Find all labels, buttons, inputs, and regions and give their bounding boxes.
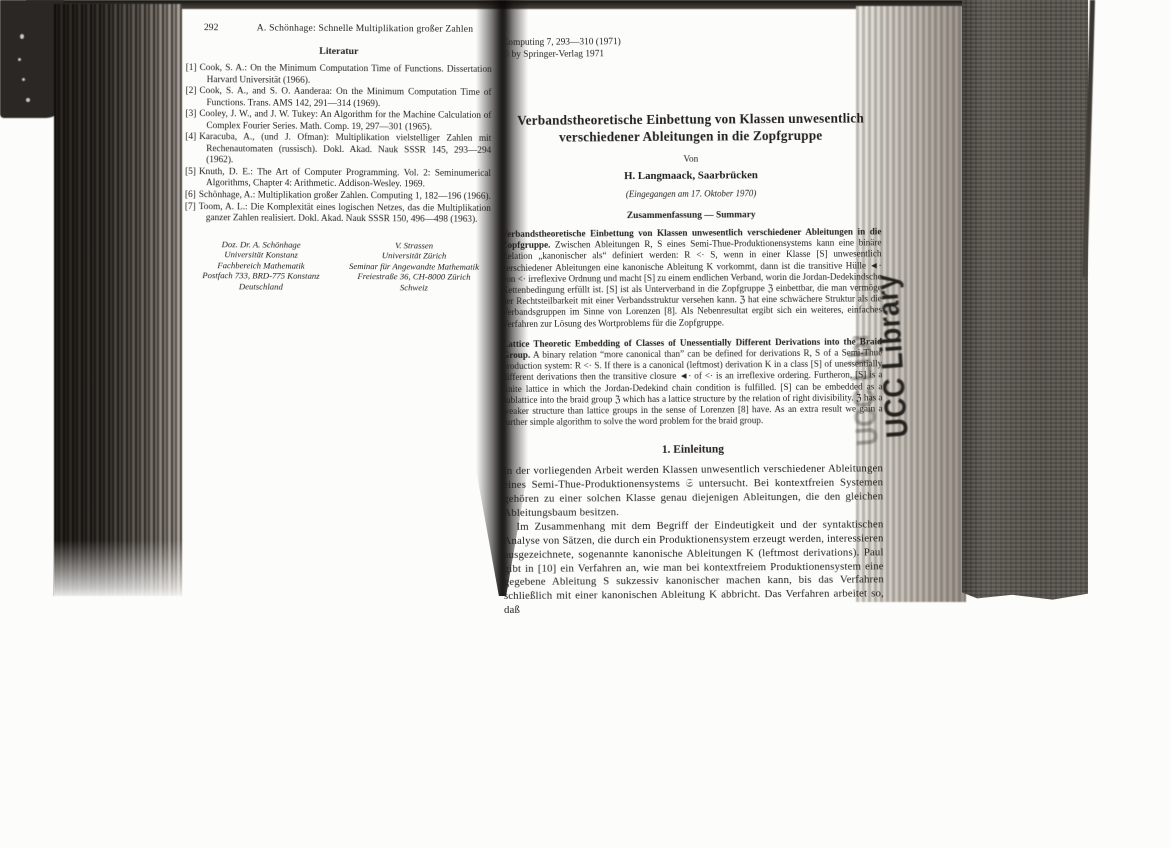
reference-entry: [3]Cooley, J. W., and J. W. Tukey: An Al… <box>185 109 491 134</box>
scan-speck <box>22 78 25 81</box>
abstract-german: Verbandstheoretische Einbettung von Klas… <box>501 226 882 329</box>
reference-entry: [4]Karacuba, A., (und J. Ofman): Multipl… <box>185 132 491 169</box>
running-head: A. Schönhage: Schnelle Multiplikation gr… <box>238 22 492 35</box>
reference-entry: [2]Cook, S. A., and S. O. Aanderaa: On t… <box>185 86 491 111</box>
reference-label: [2] <box>186 86 200 96</box>
byline-von: Von <box>501 152 881 165</box>
reference-label: [5] <box>185 167 199 177</box>
affiliation-line: Freiestraße 36, CH-8000 Zürich <box>337 271 490 283</box>
literature-heading: Literatur <box>186 45 492 58</box>
reference-text: Schönhage, A.: Multiplikation großer Zah… <box>199 190 491 202</box>
author-affiliations: Doz. Dr. A. Schönhage Universität Konsta… <box>184 239 490 294</box>
reference-text: Cook, S. A., and S. O. Aanderaa: On the … <box>199 86 491 109</box>
affiliation-line: Schweiz <box>337 282 490 294</box>
author-name: H. Langmaack, Saarbrücken <box>501 168 881 183</box>
reference-list: [1]Cook, S. A.: On the Minimum Computati… <box>185 63 492 227</box>
abstract-english-body: A binary relation “more canonical than” … <box>502 347 882 427</box>
left-page-header: 292 A. Schönhage: Schnelle Multiplikatio… <box>186 22 492 35</box>
affiliation-line: Postfach 733, BRD-775 Konstanz <box>184 270 337 282</box>
book-cover-edge <box>962 0 1088 602</box>
left-page-fore-edge <box>54 4 182 596</box>
scan-speck <box>18 58 21 61</box>
section-heading-einleitung: 1. Einleitung <box>503 443 883 458</box>
reference-label: [1] <box>186 63 200 73</box>
reference-text: Cooley, J. W., and J. W. Tukey: An Algor… <box>199 109 491 132</box>
reference-label: [7] <box>185 202 199 212</box>
reference-label: [3] <box>185 109 199 119</box>
journal-citation: Computing 7, 293—310 (1971) © by Springe… <box>502 35 880 61</box>
article-title: Verbandstheoretische Einbettung von Klas… <box>505 110 877 146</box>
left-page-fore-edge-fade <box>54 540 184 600</box>
reference-text: Toom, A. L.: Die Komplexität eines logis… <box>199 202 491 225</box>
abstract-german-body: Zwischen Ableitungen R, S eines Semi-Thu… <box>501 238 881 329</box>
affiliation-schoenhage: Doz. Dr. A. Schönhage Universität Konsta… <box>184 239 337 293</box>
ink-smudge <box>116 362 134 404</box>
affiliation-strassen: V. Strassen Universität Zürich Seminar f… <box>337 240 490 294</box>
received-date: (Eingegangen am 17. Oktober 1970) <box>501 187 881 200</box>
body-paragraph-1: In der vorliegenden Arbeit werden Klasse… <box>503 463 883 521</box>
copyright-line: © by Springer-Verlag 1971 <box>502 47 880 61</box>
affiliation-line: Deutschland <box>184 281 337 293</box>
left-page: 292 A. Schönhage: Schnelle Multiplikatio… <box>184 22 492 293</box>
page-number: 292 <box>186 22 238 33</box>
abstract-english: Lattice Theoretic Embedding of Classes o… <box>502 336 883 428</box>
scanned-book-spread: { "scan": { "stamp": "UCC Library" }, "l… <box>0 0 1170 848</box>
reference-label: [6] <box>185 190 199 200</box>
reference-text: Cook, S. A.: On the Minimum Computation … <box>200 63 492 85</box>
reference-text: Karacuba, A., (und J. Ofman): Multiplika… <box>199 132 491 165</box>
reference-label: [4] <box>185 132 199 142</box>
reference-entry: [1]Cook, S. A.: On the Minimum Computati… <box>186 63 492 88</box>
summary-heading: Zusammenfassung — Summary <box>501 209 881 222</box>
scan-speck <box>20 34 24 39</box>
right-page: Computing 7, 293—310 (1971) © by Springe… <box>500 35 884 617</box>
scan-speck <box>26 98 30 102</box>
reference-entry: [5]Knuth, D. E.: The Art of Computer Pro… <box>185 167 491 192</box>
body-paragraph-2: Im Zusammenhang mit dem Begriff der Eind… <box>503 519 884 618</box>
reference-entry: [7]Toom, A. L.: Die Komplexität eines lo… <box>185 202 491 227</box>
reference-text: Knuth, D. E.: The Art of Computer Progra… <box>199 167 491 190</box>
